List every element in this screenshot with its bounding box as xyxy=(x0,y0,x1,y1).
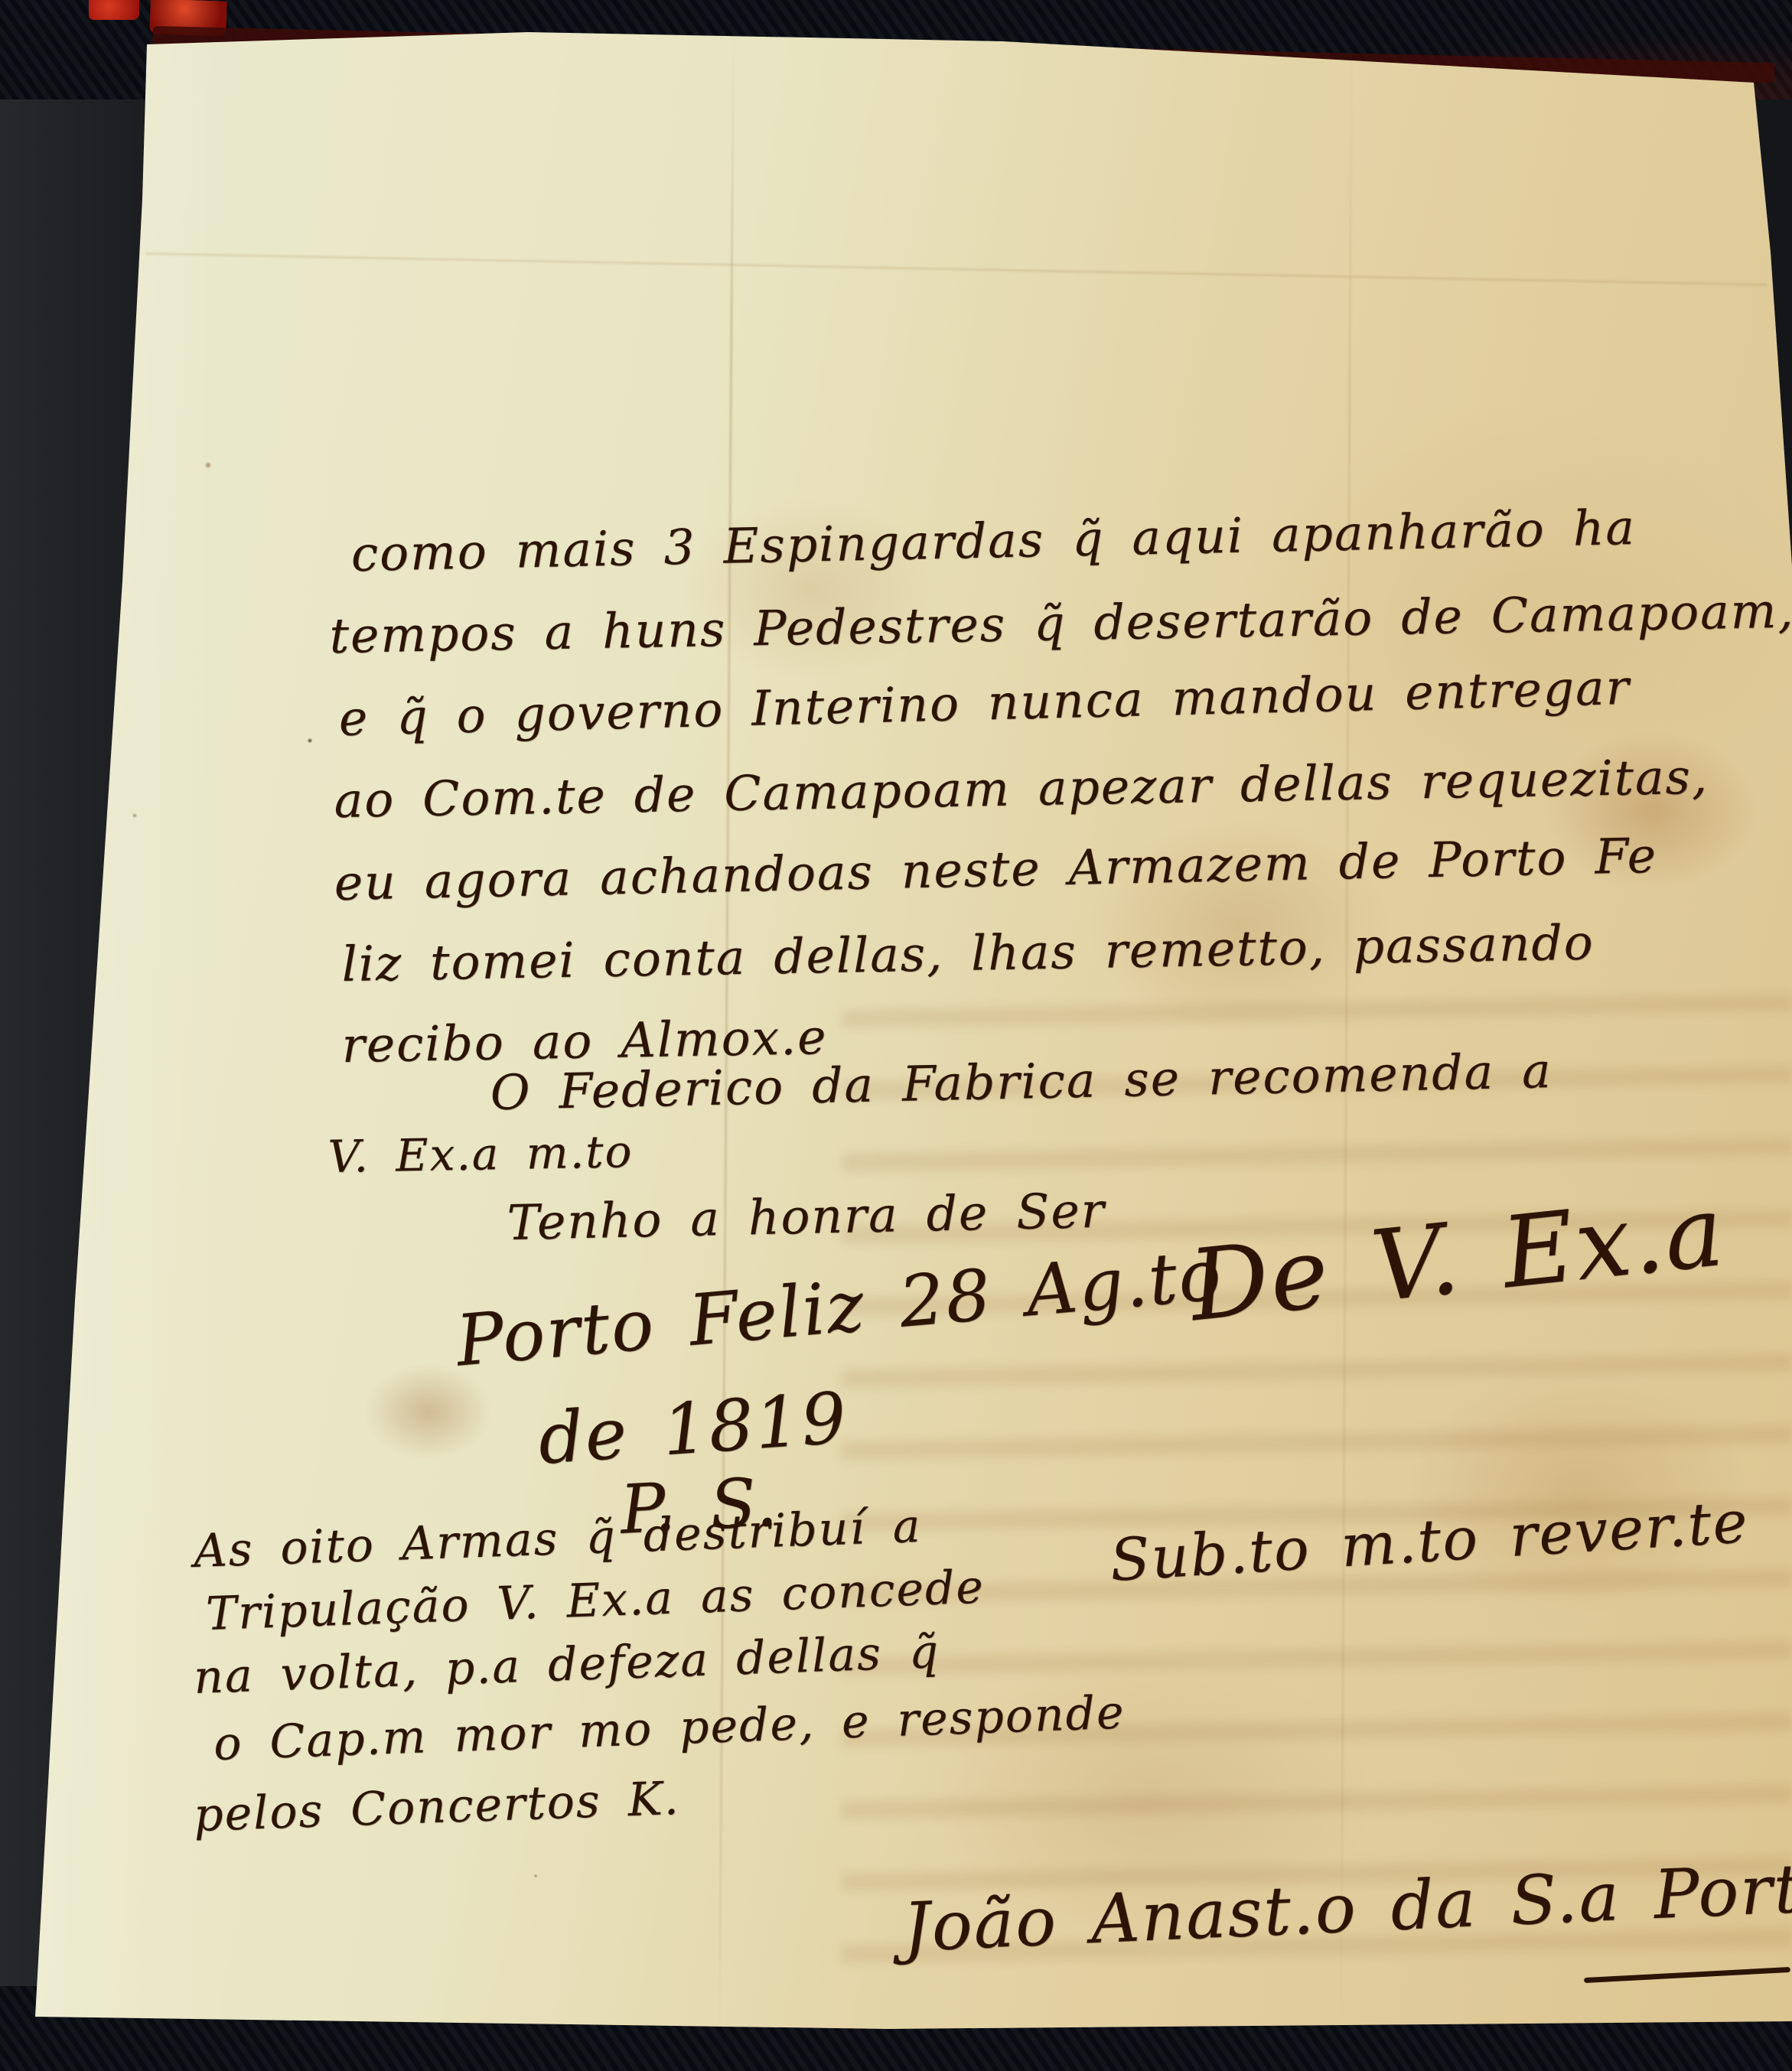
letter-body-line-5: eu agora achandoas neste Armazem de Port… xyxy=(334,828,1658,911)
postscript-line-5: pelos Concertos K. xyxy=(193,1772,681,1842)
horizontal-fold-crease xyxy=(145,252,1768,286)
letter-body-line-1: como mais 3 Espingardas q̃ aqui apanharã… xyxy=(350,500,1637,582)
book-edge-red-sliver xyxy=(89,0,139,20)
signature-flourish-stroke xyxy=(1584,1967,1790,1983)
letter-body-line-2: tempos a huns Pedestres q̃ desertarão de… xyxy=(329,583,1792,664)
manuscript-photo: { "letter": { "body_lines": [ "como mais… xyxy=(0,0,1792,2071)
letter-body-line-9: V. Ex.a m.to xyxy=(327,1125,634,1183)
manuscript-page: como mais 3 Espingardas q̃ aqui apanharã… xyxy=(0,0,1792,2071)
letter-body-line-4: ao Com.te de Camapoam apezar dellas requ… xyxy=(334,749,1709,829)
dateline-year: de 1819 xyxy=(536,1377,850,1480)
letter-body-line-3: e q̃ o governo Interino nunca mandou ent… xyxy=(338,659,1631,747)
